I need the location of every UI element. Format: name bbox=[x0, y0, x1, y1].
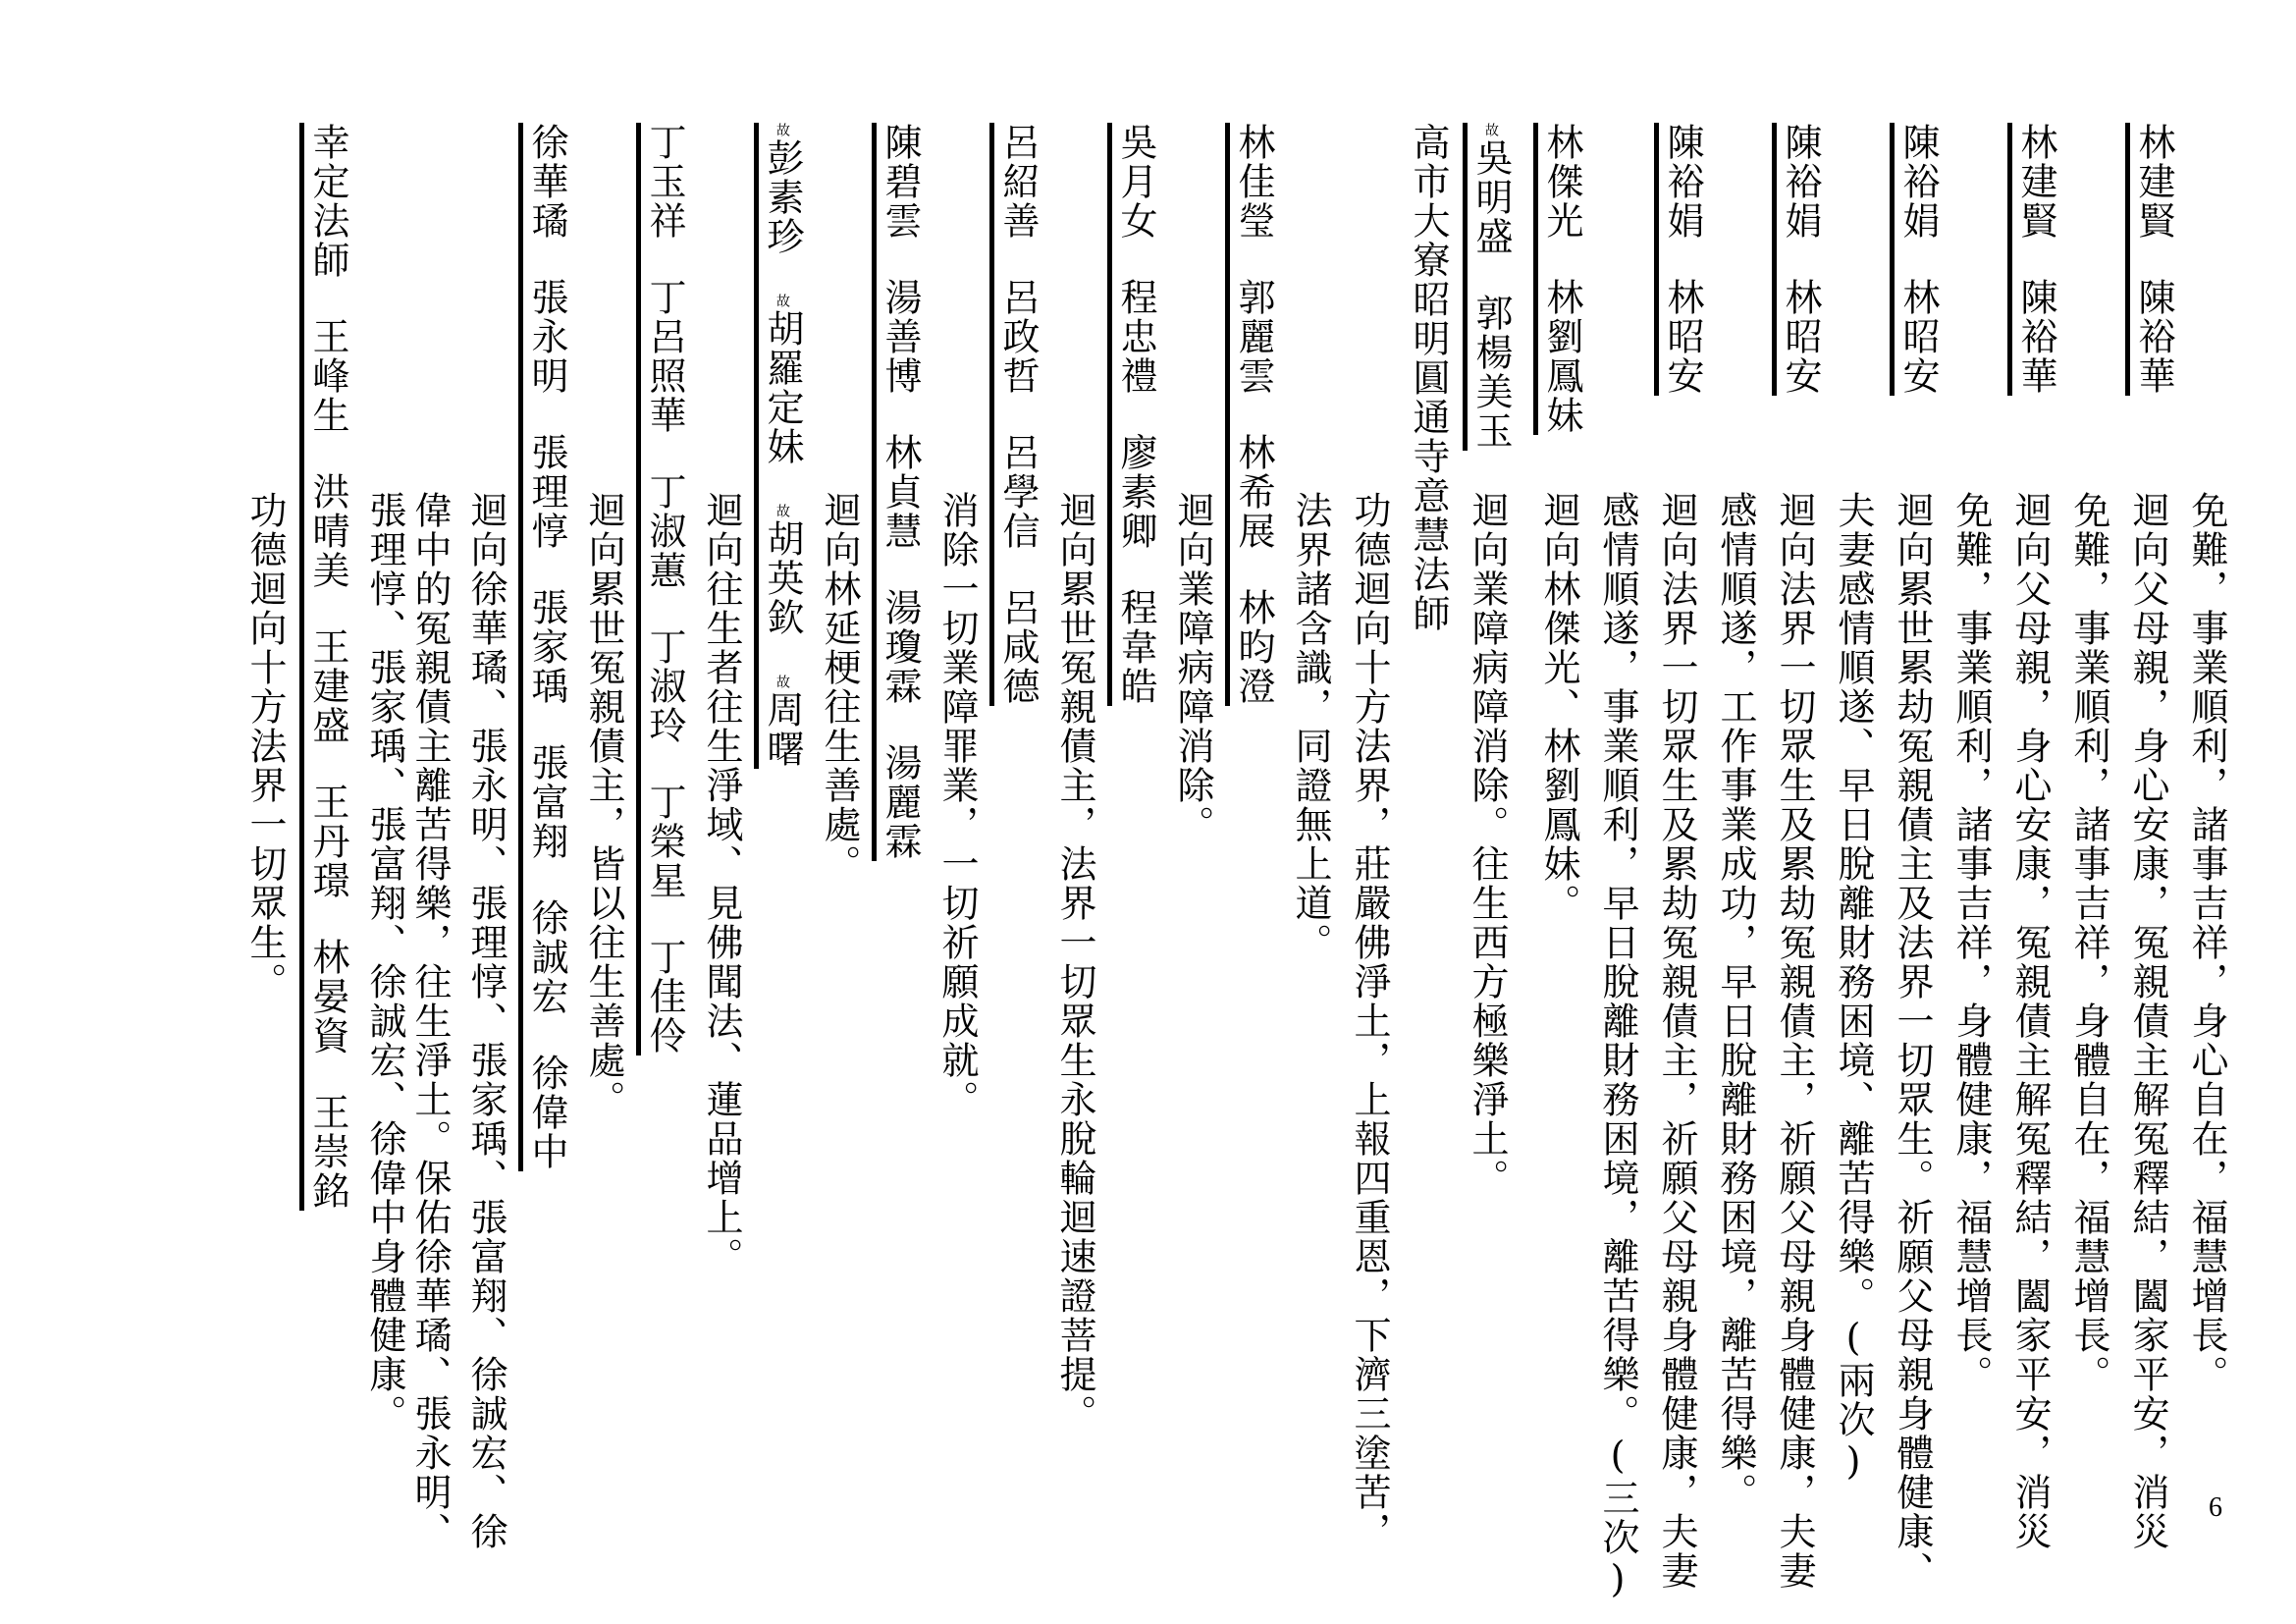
dedication-text: 感情順遂，工作事業成功，早日脫離財務困境，離苦得樂。 bbox=[1716, 491, 1755, 1512]
dedication-text: 法界諸含識，同證無上道。 bbox=[1291, 491, 1330, 962]
person-name: 吳月女 bbox=[1114, 123, 1157, 241]
dedication-text: 免難，事業順利，諸事吉祥，身體健康，福慧增長。 bbox=[1951, 491, 1991, 1394]
person-name: 張理惇 bbox=[525, 433, 568, 551]
person-name: 陳裕華 bbox=[2132, 278, 2175, 396]
dedication-text: 偉中的冤親債主離苦得樂，往生淨土。保佑徐華璚、張永明、 bbox=[410, 491, 450, 1551]
dedication-text: 迴向累世冤親債主，皆以往生善處。 bbox=[584, 491, 623, 1119]
dedication-names-header: 林建賢陳裕華 bbox=[2125, 123, 2173, 396]
person-name: 吳明盛 bbox=[1469, 138, 1513, 256]
dedication-text: 迴向業障病障消除。 bbox=[1173, 491, 1212, 844]
person-name: 陳裕娟 bbox=[1779, 123, 1822, 241]
page-number: 6 bbox=[2209, 1492, 2222, 1524]
dedication-names-header: 徐華璚張永明張理惇張家瑀張富翔徐誠宏徐偉中 bbox=[518, 123, 566, 1171]
person-name: 王崇銘 bbox=[306, 1093, 349, 1211]
person-name: 林劉鳳妹 bbox=[1540, 278, 1583, 435]
person-name: 丁呂照華 bbox=[643, 278, 686, 435]
person-name: 周曙 bbox=[761, 690, 804, 769]
person-name: 王峰生 bbox=[306, 317, 349, 435]
person-name: 郭麗雲 bbox=[1232, 278, 1275, 396]
person-name: 丁佳伶 bbox=[643, 938, 686, 1056]
person-name: 林昭安 bbox=[1896, 278, 1940, 396]
deceased-marker: 故 bbox=[763, 504, 802, 519]
dedication-text: 功德迴向十方法界一切眾生。 bbox=[245, 491, 285, 1001]
dedication-text: 迴向林傑光、林劉鳳妹。 bbox=[1539, 491, 1578, 923]
deceased-marker: 故 bbox=[763, 675, 802, 690]
person-name: 廖素卿 bbox=[1114, 433, 1157, 551]
dedication-names-header: 林傑光林劉鳳妹 bbox=[1533, 123, 1581, 435]
dedication-text: 消除一切業障罪業，一切祈願成就。 bbox=[937, 491, 977, 1119]
dedication-text: 迴向法界一切眾生及累劫冤親債主，祈願父母親身體健康，夫妻 bbox=[1775, 491, 1814, 1591]
person-name: 丁淑蕙 bbox=[643, 472, 686, 590]
dedication-names-header: 陳裕娟林昭安 bbox=[1654, 123, 1702, 396]
person-name: 林佳瑩 bbox=[1232, 123, 1275, 241]
temple-master-line: 高市大寮昭明圓通寺意慧法師 bbox=[1409, 123, 1448, 633]
person-name: 陳裕華 bbox=[2014, 278, 2057, 396]
person-name: 林貞慧 bbox=[879, 433, 922, 551]
dedication-text: 感情順遂，事業順利，早日脫離財務困境，離苦得樂。(三次) bbox=[1598, 491, 1637, 1602]
dedication-text: 迴向父母親，身心安康，冤親債主解冤釋結，闔家平安，消災 bbox=[2128, 491, 2167, 1551]
dedication-text: 迴向林延梗往生善處。 bbox=[820, 491, 859, 884]
dedication-text: 功德迴向十方法界，莊嚴佛淨土，上報四重恩，下濟三塗苦， bbox=[1350, 491, 1389, 1551]
person-name: 胡英欽 bbox=[761, 519, 804, 637]
dedication-names-header: 陳碧雲湯善博林貞慧湯瓊霖湯麗霖 bbox=[872, 123, 920, 861]
dedication-names-header: 故彭素珍故胡羅定妹故胡英欽故周曙 bbox=[754, 123, 802, 769]
dedication-text: 迴向法界一切眾生及累劫冤親債主，祈願父母親身體健康，夫妻 bbox=[1657, 491, 1696, 1591]
person-name: 林昭安 bbox=[1661, 278, 1704, 396]
person-name: 湯麗霖 bbox=[879, 743, 922, 861]
deceased-marker: 故 bbox=[763, 294, 802, 309]
person-name: 林晏資 bbox=[306, 938, 349, 1056]
dedication-names-header: 故吳明盛郭楊美玉 bbox=[1463, 123, 1511, 451]
person-name: 徐偉中 bbox=[525, 1054, 568, 1171]
person-name: 湯善博 bbox=[879, 278, 922, 396]
dedication-names-header: 林佳瑩郭麗雲林希展林昀澄 bbox=[1225, 123, 1273, 706]
person-name: 丁榮星 bbox=[643, 783, 686, 900]
person-name: 林希展 bbox=[1232, 433, 1275, 551]
dedication-text: 張理惇、張家瑀、張富翔、徐誠宏、徐偉中身體健康。 bbox=[365, 491, 404, 1434]
person-name: 徐華璚 bbox=[525, 123, 568, 241]
person-name: 林建賢 bbox=[2132, 123, 2175, 241]
person-name: 陳裕娟 bbox=[1661, 123, 1704, 241]
dedication-names-header: 吳月女程忠禮廖素卿程韋皓 bbox=[1107, 123, 1155, 706]
dedication-text: 迴向父母親，身心安康，冤親債主解冤釋結，闔家平安，消災 bbox=[2010, 491, 2050, 1551]
dedication-names-header: 陳裕娟林昭安 bbox=[1890, 123, 1938, 396]
person-name: 幸定法師 bbox=[306, 123, 349, 280]
person-name: 郭楊美玉 bbox=[1469, 294, 1513, 451]
person-name: 陳碧雲 bbox=[879, 123, 922, 241]
person-name: 林建賢 bbox=[2014, 123, 2057, 241]
person-name: 徐誠宏 bbox=[525, 898, 568, 1016]
person-name: 胡羅定妹 bbox=[761, 309, 804, 466]
person-name: 王丹璟 bbox=[306, 783, 349, 900]
dedication-text: 迴向徐華璚、張永明、張理惇、張家瑀、張富翔、徐誠宏、徐 bbox=[466, 491, 506, 1551]
person-name: 林傑光 bbox=[1540, 123, 1583, 241]
person-name: 洪晴美 bbox=[306, 472, 349, 590]
deceased-marker: 故 bbox=[763, 123, 802, 138]
dedication-text: 免難，事業順利，諸事吉祥，身心自在，福慧增長。 bbox=[2187, 491, 2226, 1394]
person-name: 張富翔 bbox=[525, 743, 568, 861]
dedication-text: 夫妻感情順遂、早日脫離財務困境、離苦得樂。(兩次) bbox=[1834, 491, 1873, 1485]
dedication-text: 迴向累世冤親債主，法界一切眾生永脫輪迴速證菩提。 bbox=[1055, 491, 1095, 1434]
deceased-marker: 故 bbox=[1471, 123, 1511, 138]
dedication-names-header: 林建賢陳裕華 bbox=[2007, 123, 2056, 396]
dedication-names-header: 呂紹善呂政哲呂學信呂咸德 bbox=[989, 123, 1038, 706]
dedication-names-header: 丁玉祥丁呂照華丁淑蕙丁淑玲丁榮星丁佳伶 bbox=[636, 123, 684, 1056]
person-name: 湯瓊霖 bbox=[879, 588, 922, 706]
person-name: 呂紹善 bbox=[996, 123, 1040, 241]
person-name: 呂學信 bbox=[996, 433, 1040, 551]
dedication-text: 迴向業障病障消除。往生西方極樂淨土。 bbox=[1468, 491, 1507, 1198]
person-name: 張家瑀 bbox=[525, 588, 568, 706]
person-name: 林昀澄 bbox=[1232, 588, 1275, 706]
dedication-text: 迴向累世累劫冤親債主及法界一切眾生。祈願父母親身體健康、 bbox=[1893, 491, 1932, 1591]
dedication-text: 免難，事業順利，諸事吉祥，身體自在，福慧增長。 bbox=[2069, 491, 2109, 1394]
person-name: 張永明 bbox=[525, 278, 568, 396]
person-name: 程忠禮 bbox=[1114, 278, 1157, 396]
person-name: 呂咸德 bbox=[996, 588, 1040, 706]
dedication-names-header: 幸定法師王峰生洪晴美王建盛王丹璟林晏資王崇銘 bbox=[299, 123, 347, 1211]
person-name: 丁淑玲 bbox=[643, 627, 686, 745]
person-name: 丁玉祥 bbox=[643, 123, 686, 241]
person-name: 彭素珍 bbox=[761, 138, 804, 256]
dedication-text: 迴向往生者往生淨域、見佛聞法、蓮品增上。 bbox=[702, 491, 741, 1276]
person-name: 林昭安 bbox=[1779, 278, 1822, 396]
person-name: 呂政哲 bbox=[996, 278, 1040, 396]
person-name: 程韋皓 bbox=[1114, 588, 1157, 706]
person-name: 陳裕娟 bbox=[1896, 123, 1940, 241]
person-name: 王建盛 bbox=[306, 627, 349, 745]
dedication-names-header: 陳裕娟林昭安 bbox=[1772, 123, 1820, 396]
